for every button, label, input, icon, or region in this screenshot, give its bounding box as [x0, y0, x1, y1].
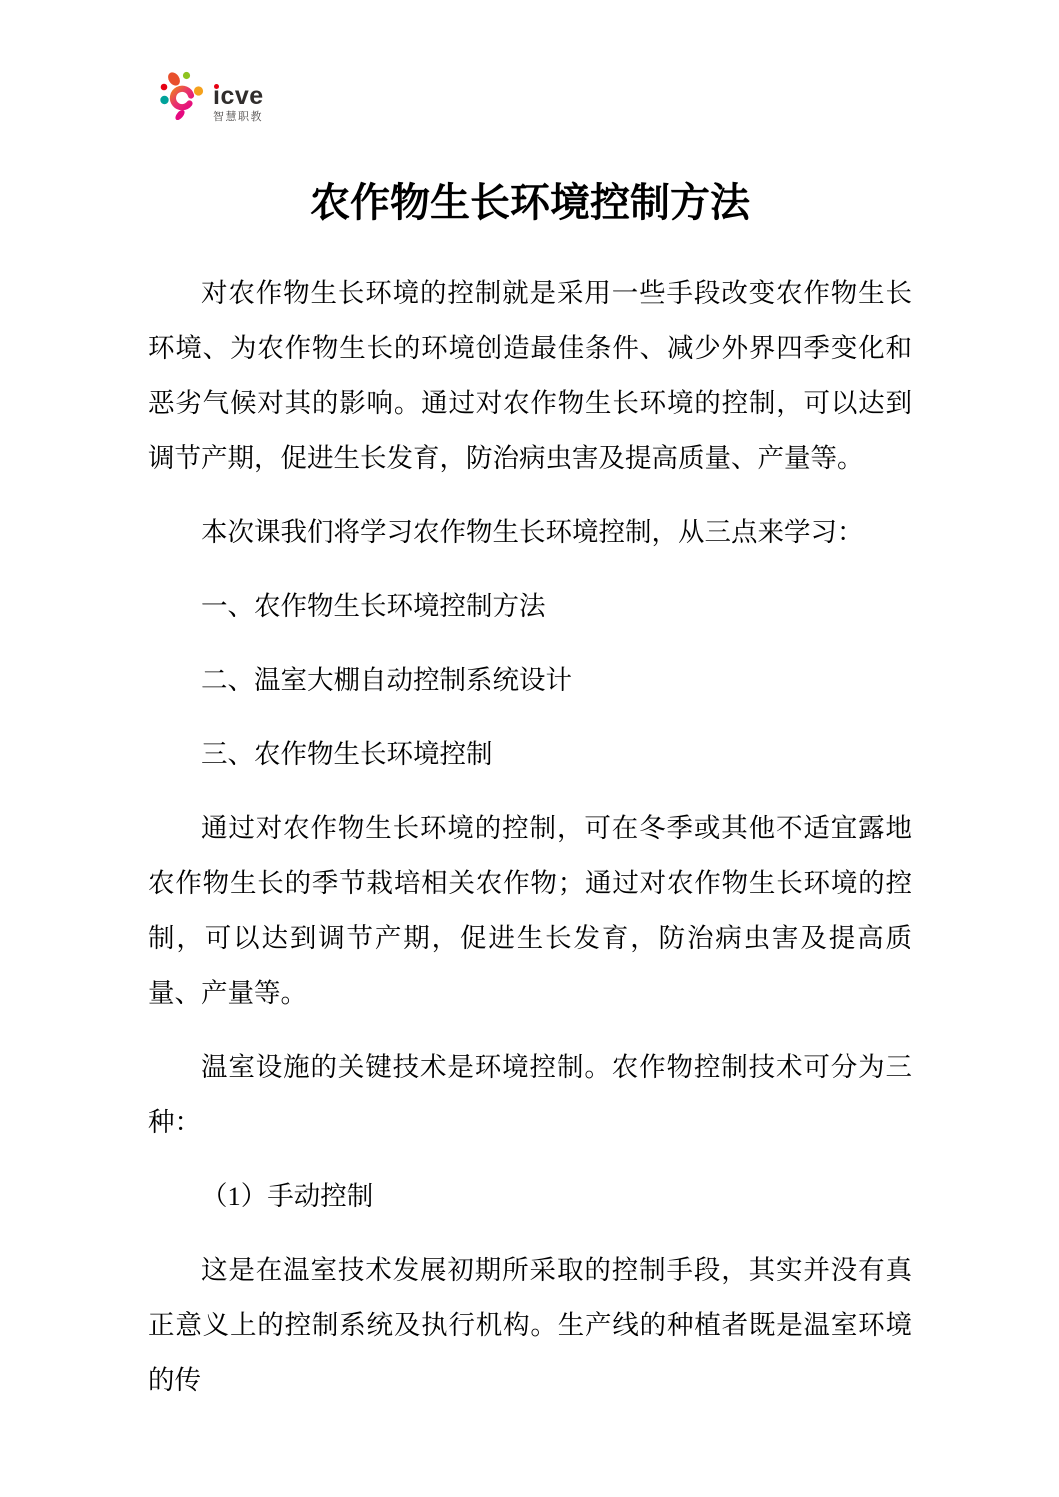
outline-item-3: 三、农作物生长环境控制	[148, 727, 912, 782]
document-page: { "page": { "background": "#ffffff", "te…	[0, 0, 1059, 1497]
document-body: 农作物生长环境控制方法 对农作物生长环境的控制就是采用一些手段改变农作物生长环境…	[148, 160, 912, 1427]
icve-logo: icve 智慧职教	[160, 70, 264, 123]
key-technology-paragraph: 温室设施的关键技术是环境控制。农作物控制技术可分为三种：	[148, 1040, 912, 1150]
benefits-paragraph: 通过对农作物生长环境的控制，可在冬季或其他不适宜露地农作物生长的季节栽培相关农作…	[148, 801, 912, 1021]
outline-item-1: 一、农作物生长环境控制方法	[148, 579, 912, 634]
outline-item-2: 二、温室大棚自动控制系统设计	[148, 653, 912, 708]
logo-i-dot-accent	[214, 84, 219, 89]
logo-brand-text: icve	[213, 84, 264, 109]
intro-paragraph: 对农作物生长环境的控制就是采用一些手段改变农作物生长环境、为农作物生长的环境创造…	[148, 266, 912, 486]
manual-control-paragraph: 这是在温室技术发展初期所采取的控制手段，其实并没有真正意义上的控制系统及执行机构…	[148, 1243, 912, 1408]
logo-text-block: icve 智慧职教	[213, 70, 264, 123]
icve-flower-icon	[160, 70, 204, 122]
logo-brand-label: icve	[213, 82, 264, 110]
lesson-overview-paragraph: 本次课我们将学习农作物生长环境控制，从三点来学习：	[148, 505, 912, 560]
manual-control-heading: （1）手动控制	[148, 1169, 912, 1224]
document-title: 农作物生长环境控制方法	[148, 170, 912, 236]
logo-subtitle: 智慧职教	[213, 112, 264, 123]
